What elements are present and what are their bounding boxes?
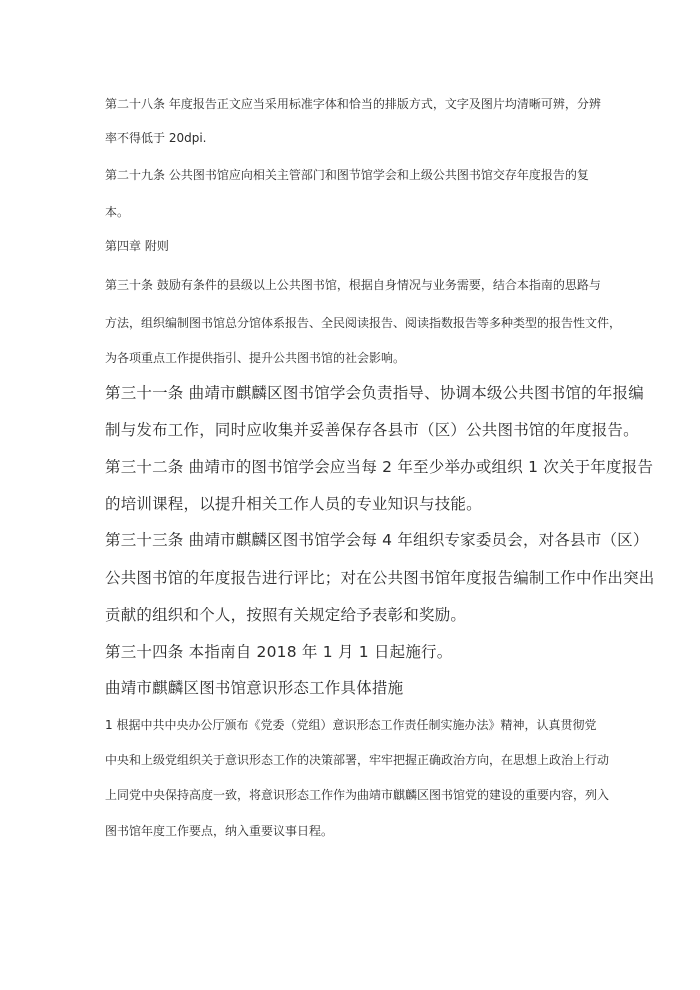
measure-1-line-2: 中央和上级党组织关于意识形态工作的决策部署，牢牢把握正确政治方向，在思想上政治上… [105, 754, 609, 766]
article-30-line-3: 为各项重点工作提供指引、提升公共图书馆的社会影响。 [105, 352, 405, 364]
article-29-line-2: 本。 [105, 206, 129, 218]
document-page: 第二十八条 年度报告正文应当采用标准字体和恰当的排版方式，文字及图片均清晰可辨，… [0, 0, 700, 990]
article-28-line-1: 第二十八条 年度报告正文应当采用标准字体和恰当的排版方式，文字及图片均清晰可辨，… [105, 98, 601, 110]
article-30-line-2: 方法，组织编制图书馆总分馆体系报告、全民阅读报告、阅读指数报告等多种类型的报告性… [105, 317, 621, 329]
article-31-line-2: 制与发布工作，同时应收集并妥善保存各县市（区）公共图书馆的年度报告。 [105, 423, 639, 439]
article-33-line-3: 贡献的组织和个人，按照有关规定给予表彰和奖励。 [105, 608, 466, 624]
article-31-line-1: 第三十一条 曲靖市麒麟区图书馆学会负责指导、协调本级公共图书馆的年报编 [105, 386, 644, 402]
article-28-line-2: 率不得低于 20dpi. [105, 132, 206, 144]
article-32-line-1: 第三十二条 曲靖市的图书馆学会应当每 2 年至少举办或组织 1 次关于年度报告 [105, 460, 653, 476]
article-29-line-1: 第二十九条 公共图书馆应向相关主管部门和图节馆学会和上级公共图书馆交存年度报告的… [105, 169, 589, 181]
article-30-line-1: 第三十条 鼓励有条件的县级以上公共图书馆，根据自身情况与业务需要，结合本指南的思… [105, 279, 601, 291]
section-title: 曲靖市麒麟区图书馆意识形态工作具体措施 [105, 681, 403, 697]
measure-1-line-1: 1 根据中共中央办公厅颁布《党委（党组）意识形态工作责任制实施办法》精神，认真贯… [105, 719, 596, 731]
article-33-line-2: 公共图书馆的年度报告进行评比；对在公共图书馆年度报告编制工作中作出突出 [105, 571, 655, 587]
chapter-4-heading: 第四章 附则 [105, 240, 169, 252]
measure-1-line-4: 图书馆年度工作要点，纳入重要议事日程。 [105, 825, 333, 837]
measure-1-line-3: 上同党中央保持高度一致，将意识形态工作作为曲靖市麒麟区图书馆党的建设的重要内容，… [105, 789, 609, 801]
article-32-line-2: 的培训课程，以提升相关工作人员的专业知识与技能。 [105, 497, 482, 513]
article-33-line-1: 第三十三条 曲靖市麒麟区图书馆学会每 4 年组织专家委员会，对各县市（区） [105, 533, 649, 549]
article-34-line-1: 第三十四条 本指南自 2018 年 1 月 1 日起施行。 [105, 645, 452, 661]
